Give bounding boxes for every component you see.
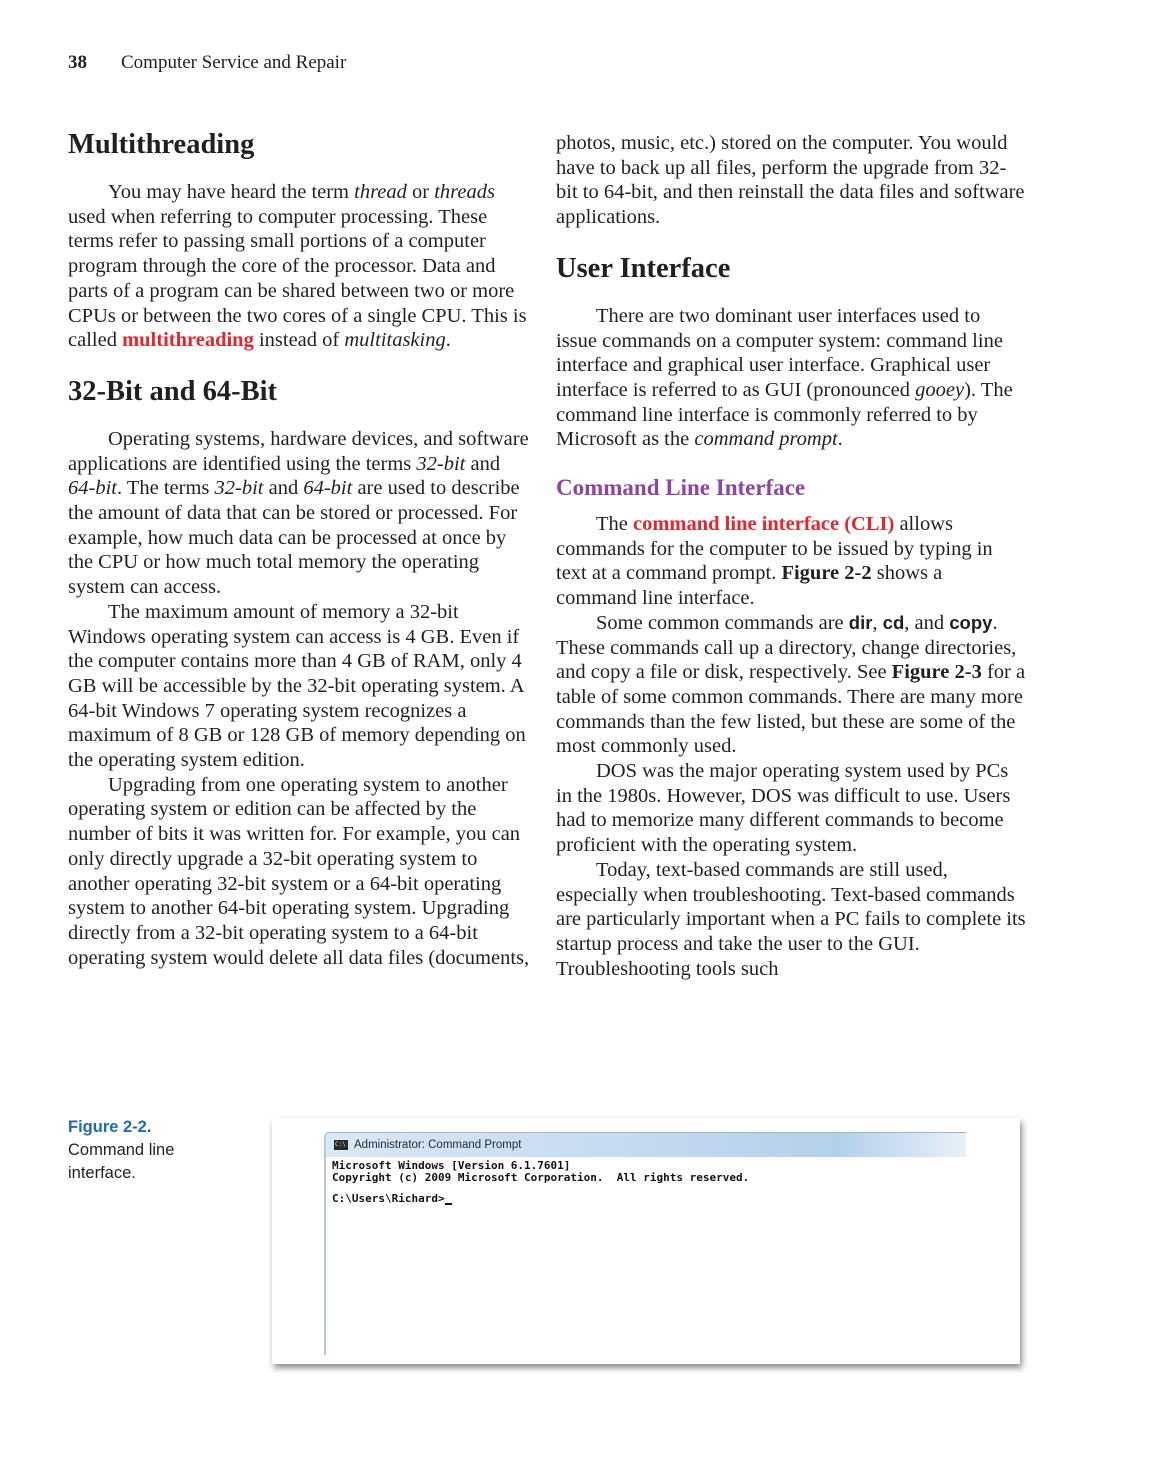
key-term: multithreading <box>122 329 254 351</box>
paragraph-continuation: photos, music, etc.) stored on the compu… <box>556 131 1026 230</box>
left-column: Multithreading You may have heard the te… <box>68 128 530 970</box>
paragraph: You may have heard the term thread or th… <box>68 180 530 353</box>
paragraph: DOS was the major operating system used … <box>556 759 1026 858</box>
cmd-icon <box>334 1140 348 1150</box>
command-copy: copy <box>949 612 992 633</box>
paragraph: There are two dominant user interfaces u… <box>556 304 1026 452</box>
text-cursor <box>445 1194 452 1205</box>
paragraph: Operating systems, hardware devices, and… <box>68 427 530 600</box>
command-cd: cd <box>883 612 905 633</box>
window-title: Administrator: Command Prompt <box>354 1139 521 1151</box>
figure-caption: Figure 2-2. Command line interface. <box>68 1116 238 1185</box>
running-header: 38Computer Service and Repair <box>68 52 346 74</box>
paragraph: Upgrading from one operating system to a… <box>68 773 530 971</box>
console-output: Microsoft Windows [Version 6.1.7601]Copy… <box>326 1157 966 1208</box>
paragraph: Some common commands are dir, cd, and co… <box>556 611 1026 759</box>
figure-number: Figure 2-2. <box>68 1116 238 1139</box>
console-prompt: C:\Users\Richard> <box>332 1192 445 1205</box>
figure-screenshot: Administrator: Command Prompt Microsoft … <box>272 1118 1020 1364</box>
paragraph: The command line interface (CLI) allows … <box>556 512 1026 611</box>
window-titlebar: Administrator: Command Prompt <box>326 1133 966 1157</box>
key-term: command line interface (CLI) <box>633 513 894 535</box>
heading-multithreading: Multithreading <box>68 128 530 162</box>
page-number: 38 <box>68 52 87 73</box>
figure-reference: Figure 2-2 <box>781 562 871 584</box>
figure-caption-text: Command line interface. <box>68 1141 174 1182</box>
heading-user-interface: User Interface <box>556 252 1026 286</box>
paragraph: The maximum amount of memory a 32-bit Wi… <box>68 600 530 773</box>
console-prompt-line: C:\Users\Richard> <box>332 1193 960 1205</box>
subheading-cli: Command Line Interface <box>556 474 1026 502</box>
figure-reference: Figure 2-3 <box>892 661 982 683</box>
command-dir: dir <box>849 612 873 633</box>
right-column: photos, music, etc.) stored on the compu… <box>556 131 1026 981</box>
console-line: Copyright (c) 2009 Microsoft Corporation… <box>332 1172 960 1184</box>
paragraph: Today, text-based commands are still use… <box>556 858 1026 982</box>
command-prompt-window: Administrator: Command Prompt Microsoft … <box>324 1132 966 1355</box>
heading-32-64-bit: 32-Bit and 64-Bit <box>68 375 530 409</box>
book-title: Computer Service and Repair <box>121 52 346 73</box>
console-line: Microsoft Windows [Version 6.1.7601] <box>332 1160 960 1172</box>
